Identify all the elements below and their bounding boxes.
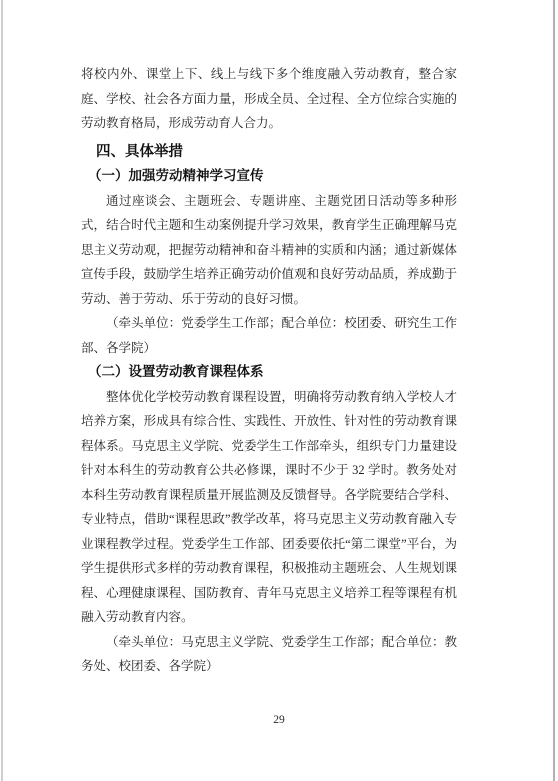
page-number: 29 bbox=[0, 713, 558, 727]
page-content: 将校内外、课堂上下、线上与线下多个维度融入劳动教育，整合家庭、学校、社会各方面力… bbox=[81, 62, 457, 679]
page-right-edge-line bbox=[553, 0, 555, 781]
paragraph-curriculum-body: 整体优化学校劳动教育课程设置，明确将劳动教育纳入学校人才培养方案，形成具有综合性… bbox=[81, 385, 457, 630]
paragraph-labor-spirit-body: 通过座谈会、主题班会、专题讲座、主题党团日活动等多种形式，结合时代主题和生动案例… bbox=[81, 189, 457, 312]
subsection-heading-curriculum: （二）设置劳动教育课程体系 bbox=[81, 360, 457, 385]
page-left-edge-line bbox=[1, 0, 3, 781]
document-page: 将校内外、课堂上下、线上与线下多个维度融入劳动教育，整合家庭、学校、社会各方面力… bbox=[0, 0, 558, 781]
paragraph-lead-units-1: （牵头单位：党委学生工作部；配合单位：校团委、研究生工作部、各学院） bbox=[81, 311, 457, 360]
section-heading-measures: 四、具体举措 bbox=[81, 140, 457, 165]
paragraph-continuation: 将校内外、课堂上下、线上与线下多个维度融入劳动教育，整合家庭、学校、社会各方面力… bbox=[81, 62, 457, 136]
subsection-heading-labor-spirit: （一）加强劳动精神学习宣传 bbox=[81, 164, 457, 189]
paragraph-lead-units-2: （牵头单位：马克思主义学院、党委学生工作部；配合单位：教务处、校团委、各学院） bbox=[81, 630, 457, 679]
